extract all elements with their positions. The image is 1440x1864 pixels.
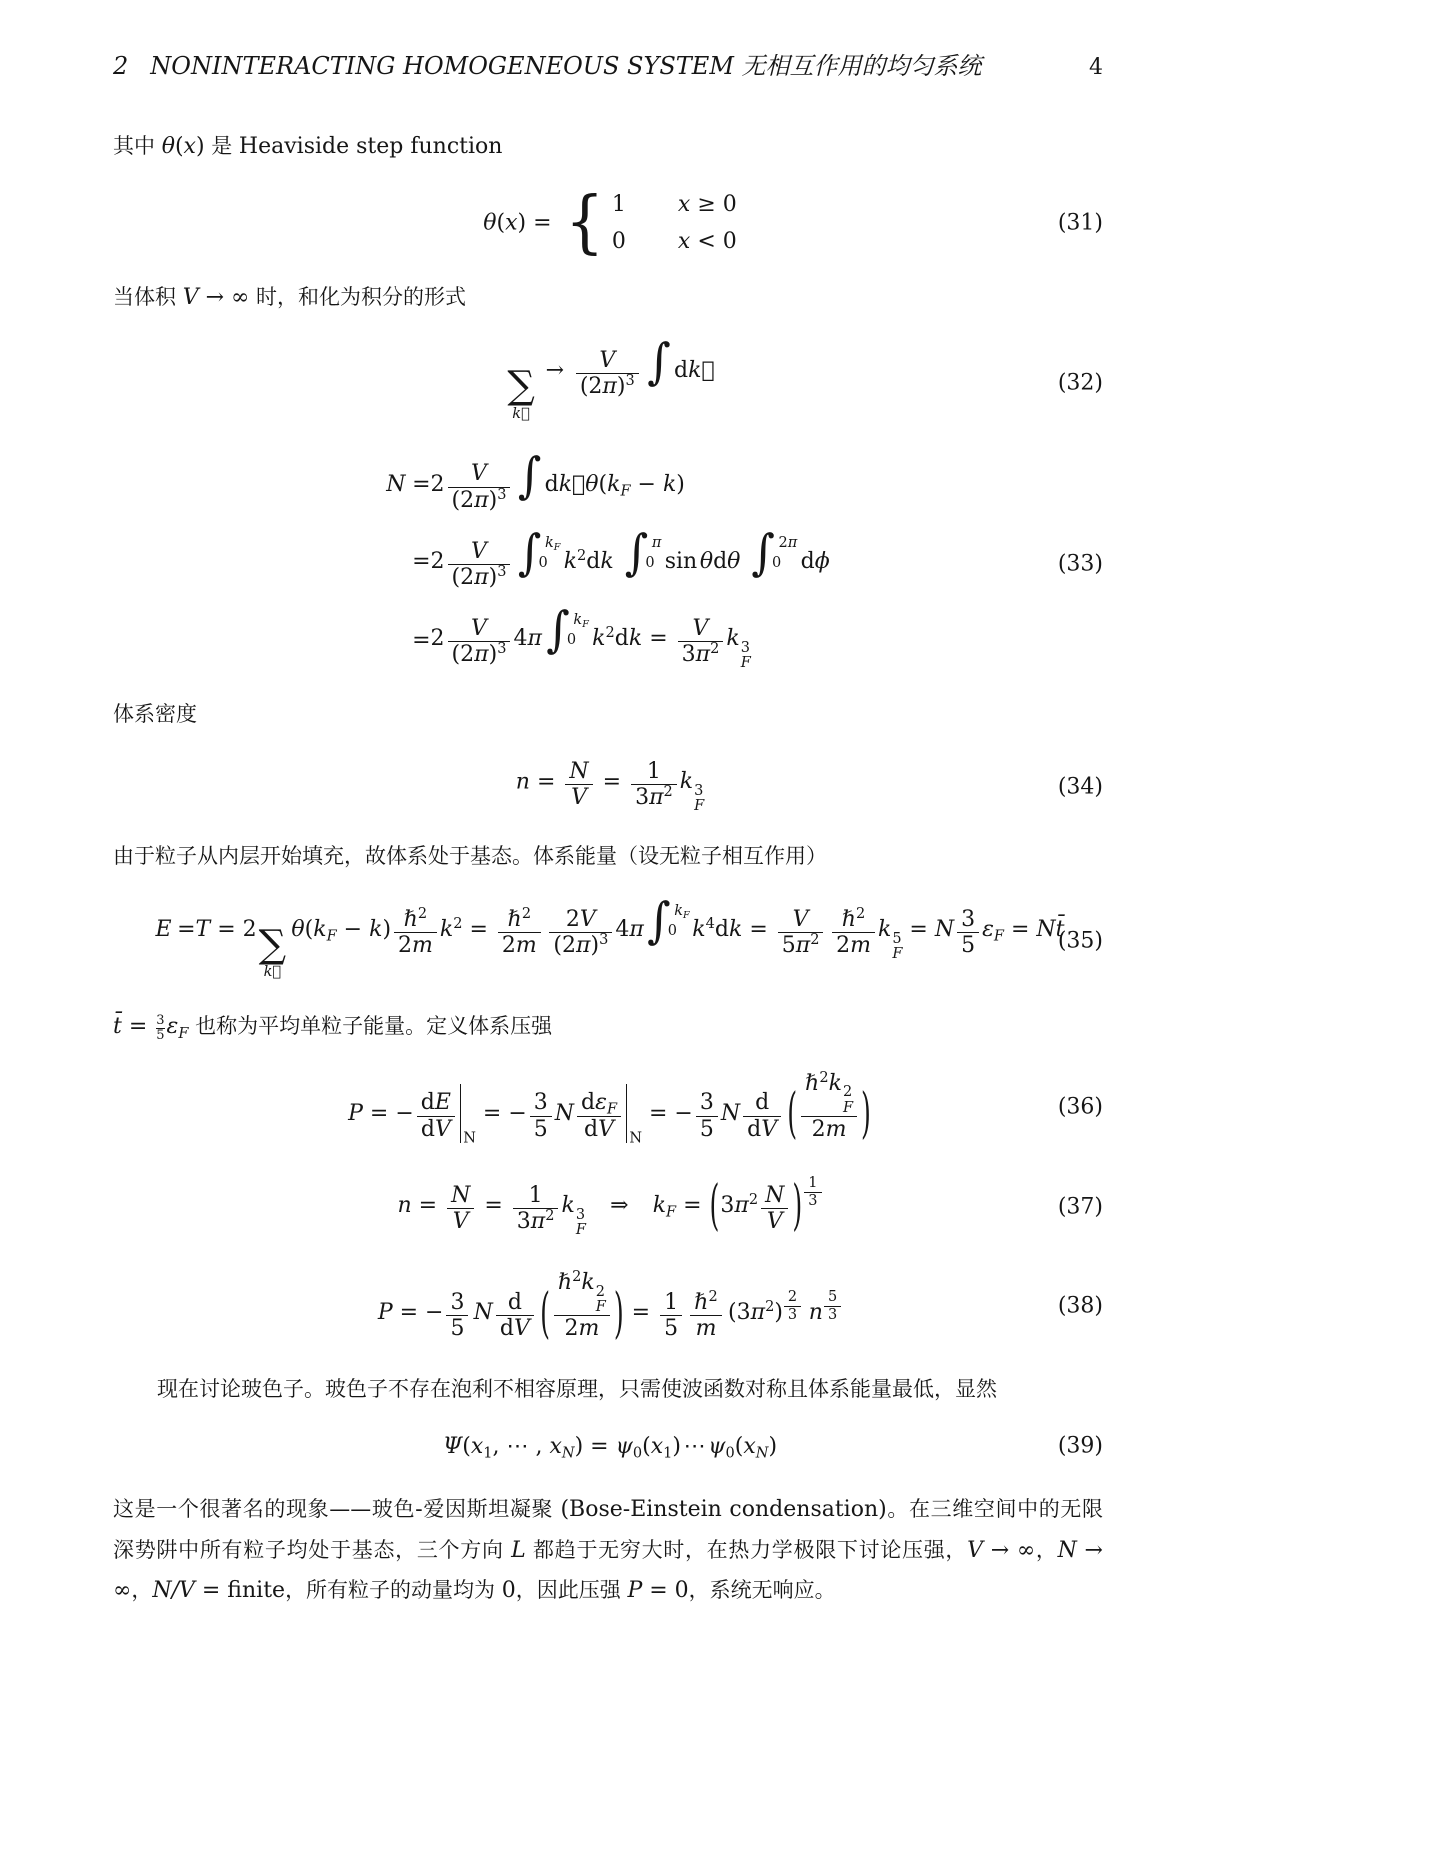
math-atom: N [765, 1183, 784, 1208]
math-atom: k [564, 549, 577, 574]
math-atom: x [678, 192, 690, 217]
math-atom: 5 [530, 1116, 552, 1142]
math-atom: x ≥ 0 [678, 192, 737, 217]
math-atom: 3 [450, 1290, 464, 1315]
math-atom: ∫ [751, 531, 775, 575]
equation-number: (36) [1058, 1094, 1103, 1119]
math-atom: F [620, 483, 630, 499]
math-atom: ℏ2 [690, 1290, 721, 1315]
math-atom: 3 [784, 1306, 801, 1324]
math-atom: N [721, 1101, 740, 1126]
math-atom: 2 [572, 1269, 581, 1285]
math-atom: ) [489, 642, 498, 667]
math-atom: 3 [576, 1207, 585, 1223]
math-atom: 3 [804, 1192, 821, 1210]
math-atom: 35 [696, 1090, 718, 1142]
equation-content: θ(x) = {1x ≥ 00x < 0 [479, 182, 737, 265]
math-atom: 4 [615, 917, 629, 942]
math-atom: m [696, 1316, 717, 1341]
math-atom: 时，和化为积分的形式 [249, 285, 466, 309]
math-atom: = [642, 626, 674, 651]
math-atom: = 2 [210, 917, 256, 942]
math-atom: m [850, 933, 871, 958]
math-atom: N= [386, 446, 430, 523]
math-atom: π [602, 374, 616, 399]
math-atom: ∫kF0 [546, 610, 589, 651]
math-atom: ∑ [259, 926, 286, 965]
math-atom: ( [462, 1434, 471, 1459]
math-atom: k [629, 626, 642, 651]
math-atom: V [580, 907, 596, 932]
math-atom: 2m [498, 932, 541, 958]
math-atom: π [474, 642, 488, 667]
math-atom: N [761, 1183, 788, 1208]
math-atom: ℏ2 [498, 907, 541, 932]
math-atom: k⃗ [512, 406, 530, 423]
math-atom: V [599, 348, 615, 373]
math-atom: d [496, 1290, 534, 1315]
equation-number: (33) [1058, 551, 1103, 576]
math-atom: x [549, 1434, 561, 1459]
math-atom: ddV [496, 1290, 534, 1342]
math-atom: 23 [783, 1299, 802, 1315]
math-atom: k [573, 612, 582, 628]
math-atom: 0 [726, 1445, 735, 1461]
equation-38: P = −35NddV(ℏ2k2F2m) = 15ℏ2m(3π2)23n53(3… [113, 1261, 1103, 1350]
math-atom: F [576, 1222, 586, 1238]
math-atom: (2π)3 [549, 932, 612, 958]
math-atom: 5 [534, 1117, 548, 1142]
math-atom: 3 [682, 642, 696, 667]
math-atom: 3 [635, 785, 649, 810]
math-atom: 1 [483, 1445, 492, 1461]
math-atom: 0 [612, 229, 626, 254]
math-atom: 2 [843, 1085, 853, 1100]
math-atom: 2 [577, 548, 586, 564]
math-atom: d [584, 1117, 598, 1142]
math-atom: N [463, 1131, 476, 1147]
math-atom: kF [545, 536, 560, 551]
paragraph-mean-energy: t̄ = 35εF 也称为平均单粒子能量。定义体系压强 [113, 1007, 1103, 1048]
math-atom: 3 [530, 1090, 552, 1115]
math-atom: kF [607, 472, 630, 497]
math-atom: 2 [545, 1208, 554, 1224]
math-atom: F [683, 910, 690, 921]
math-atom: ℏ2m [690, 1290, 721, 1342]
math-atom: 3 [720, 1193, 734, 1218]
math-atom: 3 [824, 1306, 841, 1324]
math-atom: k2F [581, 1270, 605, 1295]
math-atom: π [734, 1193, 748, 1218]
math-atom: k2 [564, 549, 587, 574]
equation-content: n = NV = 13π2k3F [512, 750, 704, 823]
math-atom: = [530, 769, 562, 794]
math-atom: N [756, 1445, 769, 1461]
math-atom: ψ0 [708, 1434, 735, 1459]
math-atom: m [690, 1315, 721, 1341]
math-atom: = [412, 472, 430, 497]
math-atom: V [778, 907, 824, 932]
math-atom: 2m [801, 1116, 857, 1142]
math-atom: V [565, 784, 592, 810]
math-atom: π2 [796, 933, 820, 958]
math-atom: 1x ≥ 00x < 0 [612, 192, 737, 254]
math-atom: F [694, 798, 704, 814]
math-atom: {1x ≥ 00x < 0 [563, 191, 737, 256]
math-atom: ∫ [647, 342, 671, 383]
math-atom: N [629, 1131, 642, 1147]
math-atom: 1 [513, 1183, 559, 1208]
paragraph-bec: 这是一个很著名的现象——玻色-爱因斯坦凝聚 (Bose-Einstein con… [113, 1490, 1103, 1612]
equation-number: (38) [1058, 1293, 1103, 1318]
math-atom: (2 [553, 933, 576, 958]
math-atom: 0 [567, 633, 589, 648]
math-atom: ∑ [507, 367, 534, 406]
math-atom: kF [313, 917, 336, 942]
math-atom: ∑k⃗ [259, 926, 286, 982]
math-atom: < 0 [690, 229, 736, 254]
math-atom: k⃗ [559, 472, 586, 497]
math-atom: m [826, 1117, 847, 1142]
math-atom: = [526, 210, 558, 235]
math-atom: x [651, 1434, 663, 1459]
math-atom: Ψ(x1, ⋯ , xN) = ψ0(x1)⋯ψ0(xN) [439, 1425, 777, 1468]
math-atom: − [631, 472, 663, 497]
math-atom: 13 [804, 1175, 821, 1209]
math-atom: x [743, 1434, 755, 1459]
equation-number: (39) [1058, 1434, 1103, 1459]
math-atom: F [178, 1026, 188, 1042]
paragraph-ground-state: 由于粒子从内层开始填充，故体系处于基态。体系能量（设无粒子相互作用） [113, 837, 1103, 878]
math-atom: ℏ2 [832, 907, 875, 932]
math-atom: =2V(2π)34π∫kF0k2dk = V3π2k3F [386, 600, 829, 681]
math-atom: P [378, 1300, 393, 1325]
math-atom: ) = [575, 1434, 616, 1459]
math-atom: n [516, 769, 530, 794]
math-atom: k [581, 1270, 594, 1295]
math-atom: 1 [660, 1290, 682, 1315]
math-atom: = [676, 1193, 708, 1218]
math-atom: = [412, 1193, 444, 1218]
math-atom: k⃗ [512, 406, 530, 422]
math-atom: ，因此压强 [516, 1578, 628, 1602]
math-atom: 2 [788, 1289, 797, 1305]
math-atom: NV [761, 1183, 788, 1235]
math-atom: 35 [156, 1014, 164, 1042]
math-atom: 3 [497, 487, 506, 503]
math-atom: 2 [431, 472, 445, 497]
math-atom: → ∞ [983, 1538, 1035, 1563]
math-atom: 1 [612, 192, 626, 217]
math-atom: 5 [696, 1116, 718, 1142]
math-atom: 3 [741, 641, 751, 656]
math-atom: ε [167, 1014, 179, 1039]
math-atom: k [653, 1193, 666, 1218]
math-atom: ) [774, 1300, 783, 1325]
math-atom: dV [577, 1116, 621, 1142]
math-atom: k5F [878, 917, 902, 942]
math-atom: E [156, 917, 172, 942]
math-atom: 1 [483, 1445, 492, 1461]
math-atom: 4 [706, 916, 715, 932]
math-atom: ℏ [694, 1290, 708, 1315]
math-atom: = − [363, 1101, 414, 1126]
math-atom: 4 [513, 626, 527, 651]
math-atom: 35 [530, 1090, 552, 1142]
math-atom: 0 [772, 556, 797, 571]
math-atom: 2m [832, 932, 875, 958]
math-atom: d [500, 1316, 514, 1341]
math-atom: ∫ [518, 456, 542, 497]
math-atom: k⃗ [688, 358, 715, 383]
math-atom: V [435, 1117, 451, 1142]
math-atom: = [625, 1300, 657, 1325]
math-atom: ε [982, 917, 994, 942]
math-atom: ( [496, 210, 505, 235]
math-atom: F [620, 483, 630, 499]
math-atom: 1 [631, 759, 677, 784]
math-atom: 其中 [113, 134, 162, 158]
section-title-latin: NONINTERACTING HOMOGENEOUS SYSTEM [150, 52, 734, 80]
math-atom: V [693, 616, 709, 641]
math-atom: 3 [497, 641, 506, 657]
math-atom: 2 [749, 1192, 758, 1208]
math-atom: ) [196, 134, 205, 159]
math-atom: V [183, 285, 199, 310]
math-atom: 5 [957, 932, 979, 958]
math-atom: V [448, 616, 511, 641]
math-atom: N [562, 1445, 575, 1461]
math-atom: ) [590, 933, 599, 958]
math-atom: (2π)3 [452, 642, 507, 667]
math-atom: (3 [728, 1300, 751, 1325]
math-atom: k [729, 917, 742, 942]
math-atom: (2π)3 [448, 487, 511, 513]
math-atom: = [596, 769, 628, 794]
math-atom: 2 [418, 906, 427, 922]
math-atom: k3F [680, 769, 704, 794]
math-atom: 2 [577, 548, 586, 564]
math-atom: 3π2 [678, 641, 724, 667]
math-atom: 3 [599, 932, 608, 948]
equation-33: N=2V(2π)3∫dk⃗θ(kF − k)=2V(2π)3∫kF0k2dk∫π… [113, 446, 1103, 681]
math-atom: 13π2 [513, 1183, 559, 1235]
math-atom: ∫π0 [625, 533, 662, 574]
math-atom: V [447, 1208, 474, 1234]
math-atom: m [412, 933, 433, 958]
math-atom: 1 [663, 1445, 672, 1461]
math-atom: (2π)3 [576, 373, 639, 399]
math-atom: 2V(2π)3∫dk⃗θ(kF − k) [431, 446, 830, 523]
paragraph-density: 体系密度 [113, 695, 1103, 736]
math-atom: = finite [195, 1578, 285, 1603]
math-atom: (2π)3 [580, 374, 635, 399]
math-atom: ∫kF0 [647, 901, 690, 942]
math-atom: F [554, 542, 561, 553]
math-atom: 2 [522, 906, 531, 922]
math-atom: 3 [517, 1209, 531, 1234]
math-atom: 2V(2π)34π∫kF0k2dk = V3π2k3F [431, 600, 830, 681]
math-atom: 0 [612, 229, 626, 254]
equation-34: n = NV = 13π2k3F(34) [113, 750, 1103, 823]
math-atom: 2 [708, 1289, 717, 1305]
math-atom: (2π)3 [448, 641, 511, 667]
math-atom: k2F [829, 1071, 853, 1096]
math-atom: 13π2 [631, 759, 677, 811]
math-atom: 0 [633, 1445, 642, 1461]
math-atom: V(2π)3 [576, 348, 639, 400]
math-atom: ℏ [842, 907, 856, 932]
math-atom: = [902, 917, 934, 942]
math-atom: θ(x) = {1x ≥ 00x < 0 [479, 182, 737, 265]
document-page: 2NONINTERACTING HOMOGENEOUS SYSTEM 无相互作用… [0, 0, 1440, 1864]
math-atom [626, 1084, 627, 1143]
math-atom: (2 [452, 488, 475, 513]
math-atom: 2 [431, 549, 445, 574]
math-atom: d [747, 1117, 761, 1142]
math-atom: (2 [452, 642, 475, 667]
math-atom: dV [743, 1116, 781, 1142]
math-atom: 2 [453, 916, 462, 932]
math-atom: N [474, 1300, 493, 1325]
page-content: 2NONINTERACTING HOMOGENEOUS SYSTEM 无相互作用… [113, 46, 1103, 1612]
math-atom [460, 1084, 461, 1143]
math-atom: π [629, 917, 643, 942]
math-atom: xN [743, 1434, 768, 1459]
math-atom: dE [417, 1090, 455, 1115]
math-atom: 2 [812, 1117, 826, 1142]
math-atom: (2 [452, 565, 475, 590]
math-atom: 2V(2π)3∫kF0k2dk∫π0sinθdθ∫2π0dϕ [431, 523, 830, 600]
math-atom: F [843, 1101, 853, 1116]
math-atom: ε [595, 1090, 607, 1115]
math-atom: F [843, 1100, 853, 1116]
math-atom: E=T = 2∑k⃗θ(kF − k)ℏ22mk2 = ℏ22m2V(2π)34… [152, 892, 1065, 991]
math-atom: k3F [726, 626, 750, 651]
math-atom: Heaviside step function [239, 134, 503, 159]
math-atom: V [761, 1117, 777, 1142]
math-atom: V3π2 [678, 616, 724, 668]
math-atom: 3 [625, 373, 634, 389]
math-atom: 3 [961, 907, 975, 932]
math-atom: 3 [534, 1090, 548, 1115]
math-atom: π2 [751, 1300, 775, 1325]
math-atom: d [508, 1290, 522, 1315]
math-atom: 5 [828, 1289, 837, 1305]
math-atom: 5 [892, 932, 902, 947]
math-atom: { [565, 191, 604, 256]
math-atom: k [600, 549, 613, 574]
math-atom: ψ0 [616, 1434, 643, 1459]
math-atom: V [678, 616, 724, 641]
math-atom: k2 [592, 626, 615, 651]
math-atom: F [327, 928, 337, 944]
math-atom: N [1058, 1538, 1077, 1563]
math-atom: ( [305, 917, 314, 942]
math-atom: k [545, 535, 554, 551]
math-atom: 0 [668, 924, 690, 939]
math-atom: d [755, 1090, 769, 1115]
math-atom: 35 [957, 907, 979, 959]
math-atom: (2π)3 [452, 488, 507, 513]
math-atom: θ [162, 134, 175, 159]
math-atom: π [576, 933, 590, 958]
math-atom: ℏ2 [508, 907, 531, 932]
math-atom: π [527, 626, 541, 651]
math-atom: d [545, 472, 559, 497]
math-atom: k [878, 917, 891, 942]
math-atom: 2 [572, 1269, 581, 1285]
math-atom: N=2V(2π)3∫dk⃗θ(kF − k) [386, 446, 829, 523]
math-atom: 3F [576, 1208, 586, 1238]
math-atom: π [751, 1300, 765, 1325]
math-atom: x [678, 229, 690, 254]
math-atom: V [967, 1538, 983, 1563]
math-atom: 3 [599, 932, 608, 948]
section-title: 2NONINTERACTING HOMOGENEOUS SYSTEM 无相互作用… [113, 46, 982, 81]
equation-content: ∑k⃗→V(2π)3∫dk⃗ [501, 333, 714, 432]
math-atom: 53 [824, 1289, 841, 1323]
math-atom: k [440, 917, 453, 942]
math-atom: = − [642, 1101, 693, 1126]
math-atom: → [546, 358, 564, 383]
math-atom: d [743, 1090, 781, 1115]
math-atom: 2 [779, 535, 788, 551]
math-atom: k [726, 626, 739, 651]
math-atom: d [421, 1090, 435, 1115]
math-atom: k2 [440, 917, 463, 942]
math-atom: ( [710, 1179, 720, 1233]
math-atom: 2 [522, 906, 531, 922]
math-atom: ) [382, 917, 391, 942]
math-atom: F [892, 947, 902, 962]
math-atom: 5 [824, 1289, 841, 1306]
math-atom: 3F [741, 641, 751, 671]
paragraph-volume-limit: 当体积 V → ∞ 时，和化为积分的形式 [113, 278, 1103, 319]
math-atom: N [626, 1084, 642, 1143]
math-atom: ℏ2k2F [801, 1071, 857, 1116]
math-atom: V [471, 539, 487, 564]
math-atom: P = −dEdVN = −35NdεFdVN = −35NddV(ℏ2k2F2… [348, 1062, 872, 1152]
math-atom: k [692, 917, 705, 942]
math-atom: t̄ [113, 1014, 122, 1039]
math-atom: T [196, 917, 211, 942]
math-atom: ) [768, 1434, 777, 1459]
equation-number: (31) [1058, 211, 1103, 236]
math-atom: 3 [497, 564, 506, 580]
math-atom: π [474, 488, 488, 513]
math-atom: 现在讨论玻色子。玻色子不存在泡利不相容原理，只需使波函数对称且体系能量最低，显然 [157, 1377, 997, 1401]
math-atom: ) [518, 210, 527, 235]
math-atom: 2V [549, 907, 612, 932]
math-atom: 5 [450, 1316, 464, 1341]
math-atom: 23 [784, 1289, 801, 1323]
math-atom: V [471, 616, 487, 641]
math-atom: 1 [663, 1445, 672, 1461]
math-atom: ℏ2 [394, 907, 437, 932]
math-atom: F [892, 946, 902, 962]
math-atom: E=T = 2∑k⃗θ(kF − k)ℏ22mk2 = ℏ22m2V(2π)34… [156, 892, 1065, 991]
math-atom: ∫ [625, 531, 649, 575]
math-atom: 2π [779, 536, 798, 551]
math-atom: NV [447, 1183, 474, 1235]
math-atom: 13 [803, 1193, 822, 1218]
math-atom: 2 [836, 933, 850, 958]
equation-number: (37) [1058, 1194, 1103, 1219]
math-atom: = [742, 917, 774, 942]
equation-content: P = −dEdVN = −35NdεFdVN = −35NddV(ℏ2k2F2… [344, 1062, 872, 1152]
math-atom: P = −dEdVN = −35NdεFdVN = −35NddV(ℏ2k2F2… [344, 1062, 872, 1152]
